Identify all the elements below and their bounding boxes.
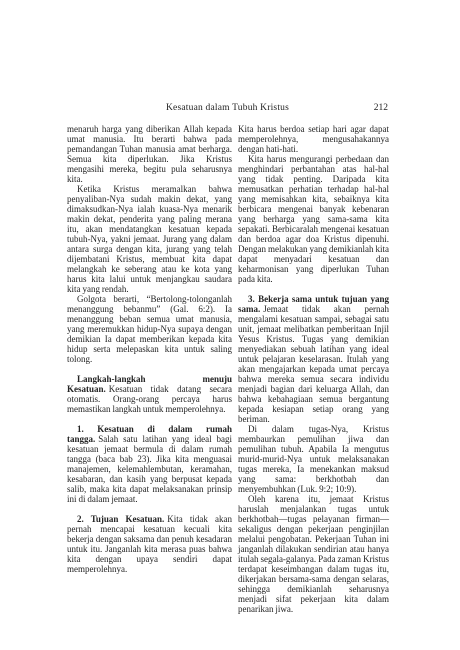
page-number: 212 [374, 102, 388, 115]
text-columns: menaruh harga yang diberikan Allah kepad… [67, 124, 389, 614]
paragraph-text: Jemaat tidak akan pernah mengalami kesat… [238, 304, 389, 424]
paragraph: Ketika Kristus meramalkan bahwa penyalib… [67, 184, 232, 294]
numbered-point-heading: 2. Tujuan Kesatuan. [77, 514, 164, 524]
running-head-title: Kesatuan dalam Tubuh Kristus [67, 102, 388, 115]
paragraph: Kita harus mengurangi perbedaan dan meng… [238, 154, 389, 284]
paragraph: Di dalam tugas-Nya, Kristus membaurkan p… [238, 424, 389, 494]
paragraph-continuation: Kita harus berdoa setiap hari agar dapat… [238, 124, 389, 154]
paragraph: Golgota berarti, “Bertolong-tolonganlah … [67, 294, 232, 364]
numbered-point-paragraph: 2. Tujuan Kesatuan.Kita tidak akan perna… [67, 514, 232, 574]
book-page: Kesatuan dalam Tubuh Kristus 212 menaruh… [0, 0, 460, 650]
numbered-point-paragraph: 1. Kesatuan di dalam rumah tangga.Salah … [67, 424, 232, 504]
left-column: menaruh harga yang diberikan Allah kepad… [67, 124, 232, 574]
paragraph: Oleh karena itu, jemaat Kristus haruslah… [238, 494, 389, 614]
paragraph-text: Salah satu latihan yang ideal bagi kesat… [67, 434, 232, 504]
paragraph-continuation: menaruh harga yang diberikan Allah kepad… [67, 124, 232, 184]
running-header: Kesatuan dalam Tubuh Kristus 212 [67, 102, 388, 115]
right-column: Kita harus berdoa setiap hari agar dapat… [238, 124, 389, 614]
numbered-point-paragraph: 3. Bekerja sama untuk tujuan yang sama.J… [238, 294, 389, 424]
section-heading-paragraph: Langkah-langkah menuju Kesatuan.Kesatuan… [67, 374, 232, 414]
